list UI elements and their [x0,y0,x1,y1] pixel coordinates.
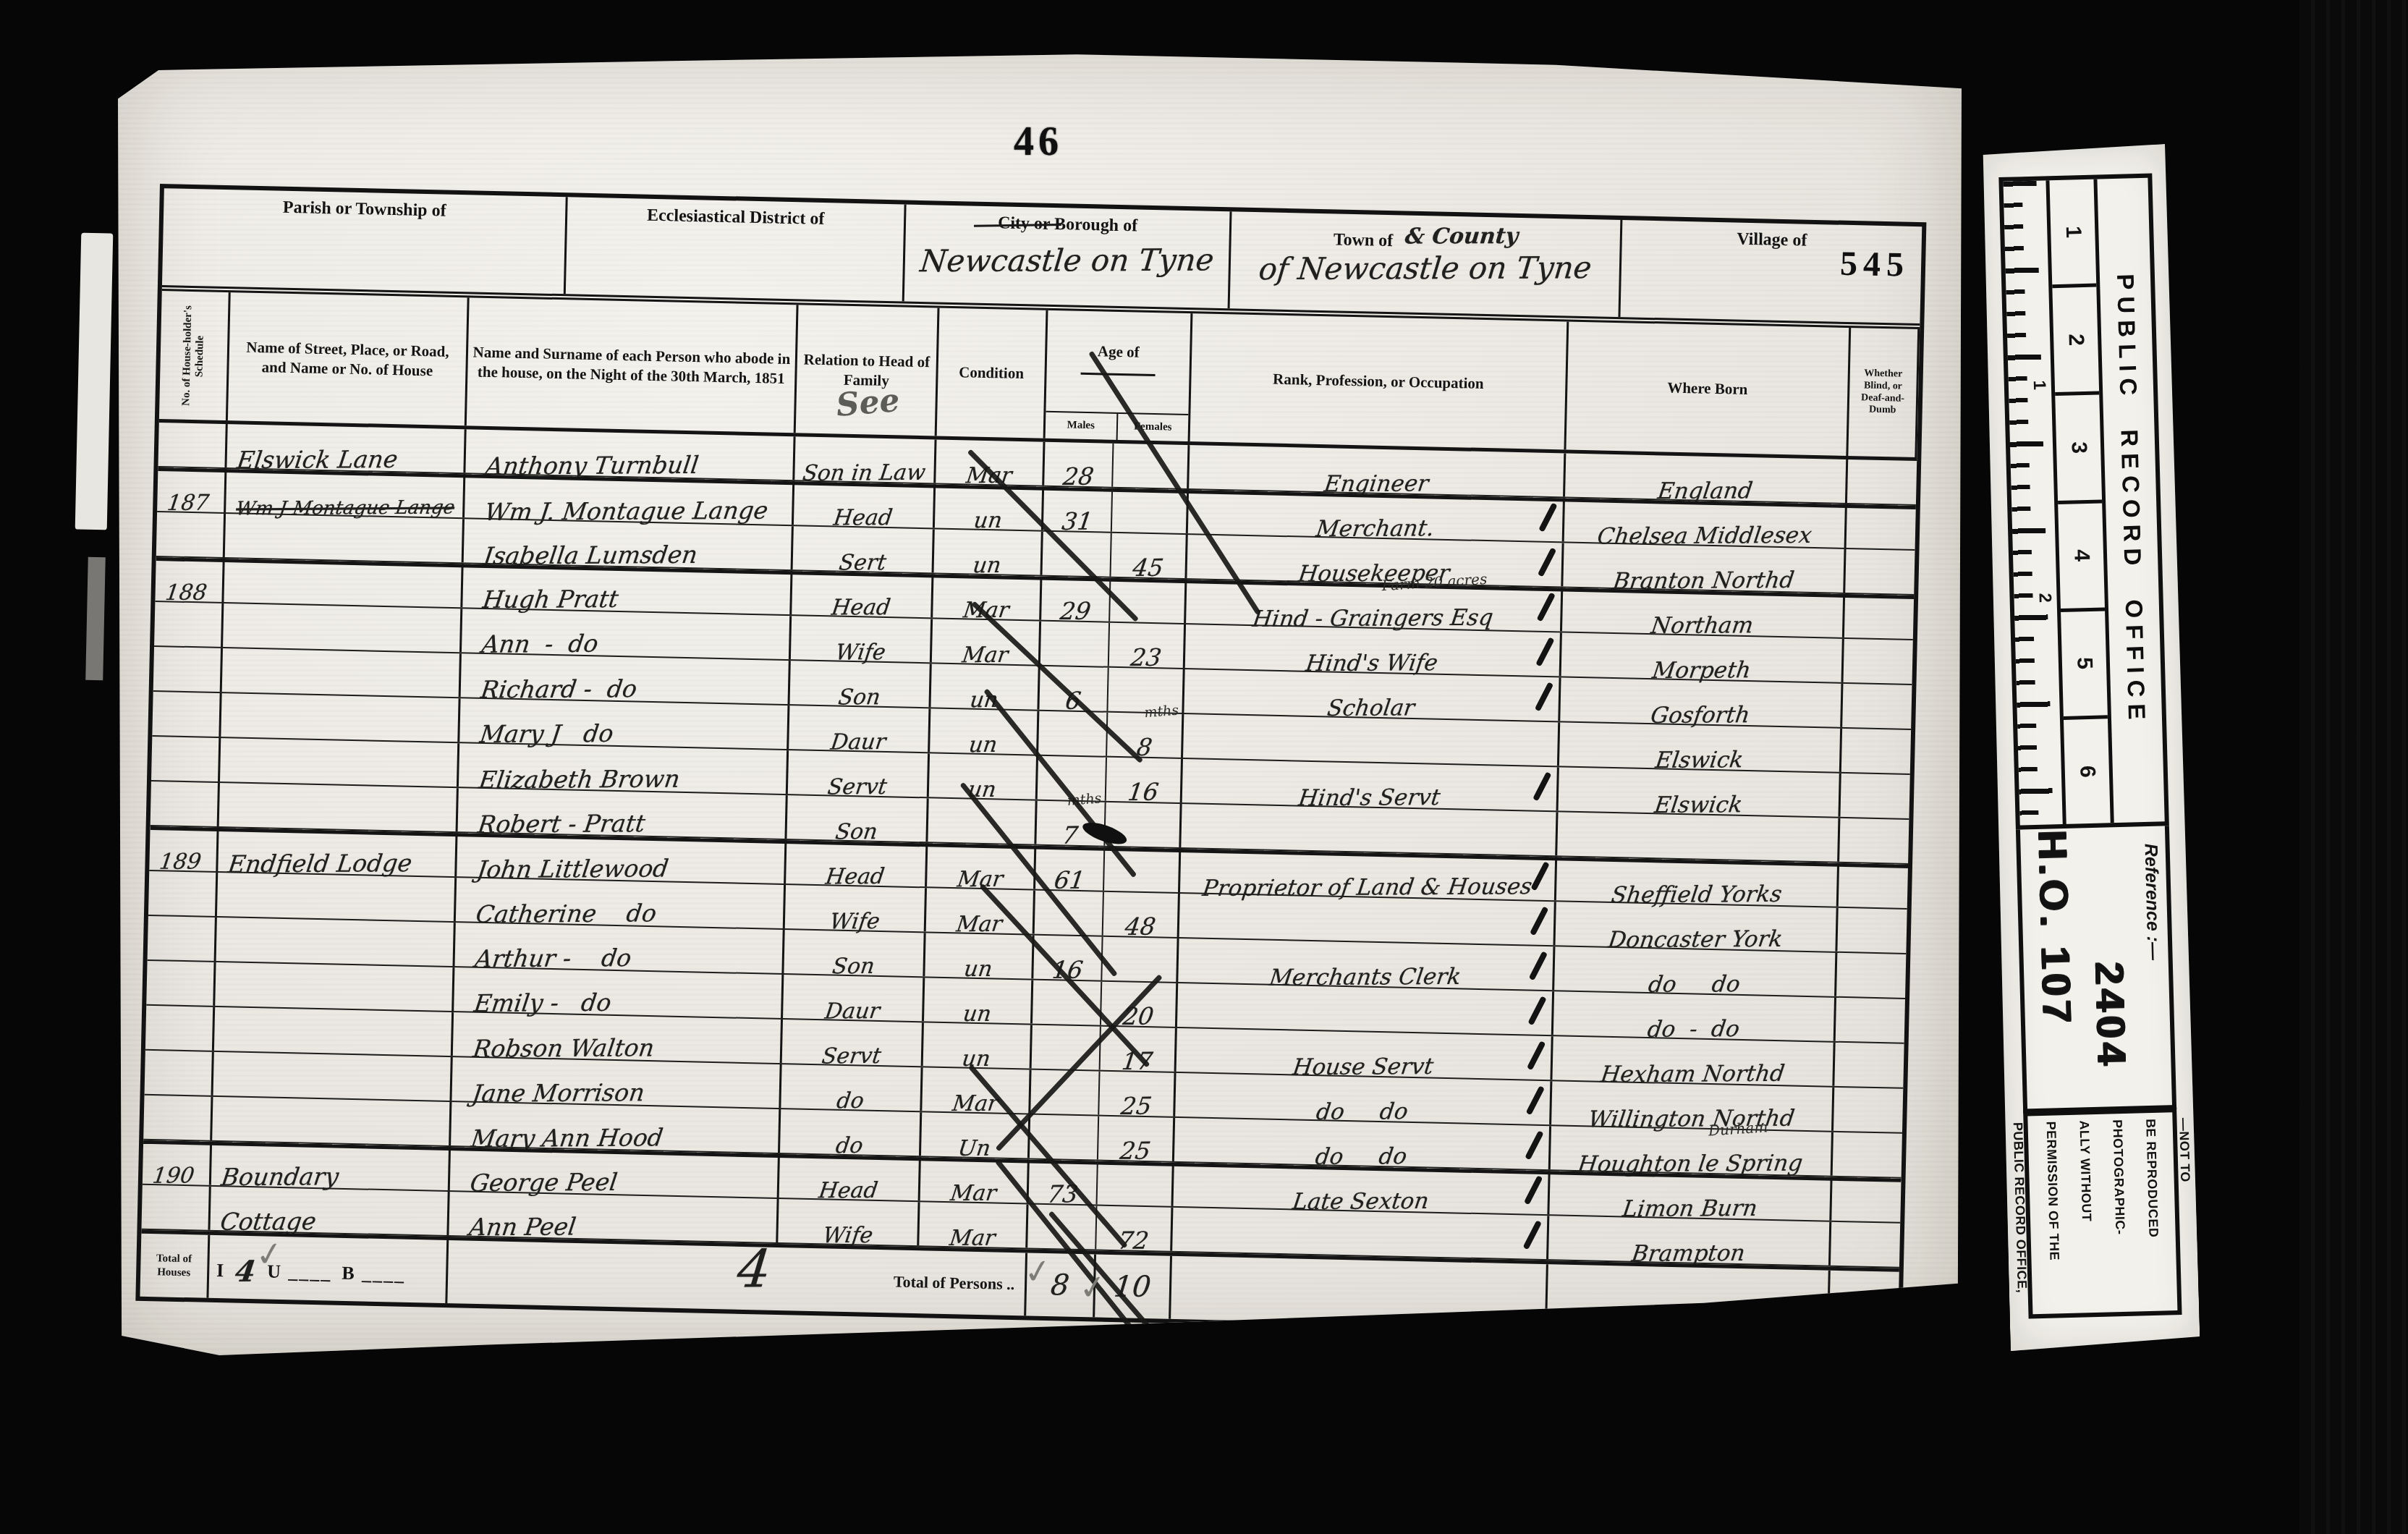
occupation-cell: Merchants Clerk [1178,938,1555,990]
header-district-cell: Ecclesiastical District of [566,197,907,301]
schedule-cell [150,781,220,826]
census-form: Parish or Township of Ecclesiastical Dis… [135,184,1926,1339]
born-cell: Northam [1562,588,1845,637]
age-female-cell: 25 [1098,1116,1175,1161]
occupation-cell: House Servt [1177,1028,1553,1080]
district-label: Ecclesiastical District of [567,197,904,231]
name-cell: John Littlewood [457,833,787,883]
street-cell: Boundary [211,1142,451,1190]
born-cell: Sheffield Yorks [1556,857,1839,906]
infirm-cell [1844,594,1914,639]
born-cell: Hexham Northd [1552,1036,1835,1085]
ruler-number-cell: 3 [2055,395,2102,504]
enumerator-tick [1525,1130,1543,1160]
condition-cell: Mar [932,619,1041,664]
totals-empty-infirm [1829,1271,1899,1335]
schedule-cell: 189 [149,826,219,871]
total-houses-cell: Total of Houses [140,1234,210,1298]
born-cell: England [1565,453,1848,502]
condition-cell: un [925,933,1034,978]
occupation-cell: Housekeeper [1187,535,1564,586]
header-town-county-cell: Town of & County of Newcastle on Tyne [1230,211,1623,317]
copyright-box: COPYRIGHT PHOTOGRAPH—NOT TOBE REPRODUCED… [2023,1108,2182,1318]
adjacent-page-edge-2 [85,557,106,680]
ruler-number: 6 [2074,765,2099,778]
street-cell [219,783,459,831]
occupation-cell: Proprietor of Land & Houses [1180,849,1557,900]
adjacent-page-edge [75,233,114,530]
reference-series-stamp: H.O. 107 [2029,830,2081,1028]
age-female-cell: 20 [1101,982,1178,1027]
col-condition-header: Condition [937,308,1048,438]
building-label: B ____ [342,1263,405,1286]
infirm-cell [1844,639,1913,684]
relation-cell: Servt [782,1020,924,1066]
infirm-cell [1833,1132,1902,1177]
infirm-cell [1833,1088,1903,1132]
condition-cell: un [929,753,1038,799]
copyright-line: ALLY WITHOUT PERMISSION OF THE [2034,1120,2106,1308]
age-male-cell [1030,1115,1099,1160]
page-number: 46 [1014,119,1063,165]
age-male-cell [1040,622,1110,666]
born-cell: Willington Northd [1551,1081,1834,1130]
schedule-cell [146,961,216,1006]
relation-cell: Servt [788,750,930,797]
header-parish-cell: Parish or Township of [162,188,568,294]
name-cell: Mary J do [459,698,789,749]
checkmark: ✓ [253,1233,286,1276]
name-cell: Arthur - do [455,923,785,973]
street-cell [216,918,456,966]
age-male-cell: 31 [1043,487,1113,532]
col-name-header: Name and Surname of each Person who abod… [467,297,799,433]
schedule-cell [153,647,223,692]
age-female-cell: 23 [1109,623,1186,668]
enumerator-tick [1535,682,1553,711]
relation-cell: Head [779,1154,921,1200]
pencil-see-annotation: See [835,382,902,424]
enumerator-tick [1532,771,1551,801]
checkmark: ✓ [1076,1266,1109,1309]
name-cell: Catherine do [456,878,786,928]
houses-tally: I 4 U ____ B ____ [209,1250,446,1289]
schedule-cell [141,1185,211,1230]
relation-cell: Daur [789,705,930,752]
street-cell [215,962,454,1011]
header-city-cell: City or Borough of Newcastle on Tyne [904,205,1232,309]
born-cell: Elswick [1559,767,1841,816]
relation-cell: do [781,1064,923,1111]
enumerator-tick [1537,592,1556,622]
ruler-cm-1: 1 [2029,380,2049,390]
enumerator-tick [1527,1041,1546,1070]
females-subheader: Females [1117,414,1188,441]
relation-cell: Wife [785,885,927,931]
age-female-value: 16 [1126,778,1160,806]
name-cell: Robson Walton [453,1012,783,1063]
enumerator-tick [1524,1175,1543,1205]
born-cell: Doncaster York [1556,902,1839,951]
schedule-cell [145,1051,214,1096]
condition-cell: Mar [936,440,1045,486]
ruler-number: 5 [2072,657,2096,670]
town-value-handwritten: of Newcastle on Tyne [1257,250,1593,287]
street-cell [225,514,465,562]
born-cell: Gosforth [1560,677,1843,726]
infirm-cell [1831,1222,1900,1267]
schedule-cell: 190 [143,1140,212,1185]
col-age-header: Age of Males Females [1046,310,1193,441]
age-female-cell: 48 [1103,892,1180,937]
ruler-number: 3 [2066,441,2090,454]
condition-cell: Mar [927,843,1036,889]
pro-reference-strip: 1 2 123456 PUBLIC RECORD OFFICE Referenc… [1979,144,2200,1351]
occupation-cell [1177,983,1554,1035]
age-male-value: 61 [1052,866,1086,894]
name-cell: Elizabeth Brown [459,743,789,794]
reference-label: Reference :— [2140,843,2164,960]
born-note: Durham [1708,1118,1768,1139]
col-street-header: Name of Street, Place, or Road, and Name… [228,292,470,425]
reference-piece-stamp: 2404 [2086,962,2136,1070]
copyright-line: BE REPRODUCED PHOTOGRAPHIC- [2100,1118,2171,1306]
condition-cell: un [930,664,1040,709]
schedule-cell [152,692,221,737]
inhabited-value-handwritten: 4 [233,1255,259,1289]
schedule-cell [156,512,226,557]
total-persons-cell: 4 Total of Persons .. [447,1240,1027,1315]
enumerator-tick [1530,861,1549,891]
born-cell: Chelsea Middlesex [1564,498,1847,547]
ruler-number-cell: 4 [2058,503,2105,612]
age-female-cell: 45 [1111,533,1187,578]
infirm-cell [1839,863,1908,908]
census-page: 46 Parish or Township of Ecclesiastical … [118,49,1962,1355]
enumerator-tick [1523,1220,1542,1250]
total-persons-label: Total of Persons .. [894,1272,1015,1294]
age-female-value: 45 [1131,554,1165,582]
copyright-line: PUBLIC RECORD OFFICE, LONDON [1967,1122,2039,1310]
enumerator-tick [1527,996,1546,1025]
age-female-value: 25 [1119,1092,1153,1120]
film-edge-texture [2299,0,2408,1534]
age-female-value: 48 [1123,912,1157,941]
relation-cell: Sert [793,526,935,572]
occupation-cell: Engineer [1189,445,1566,496]
totals-empty-born [1547,1264,1831,1333]
ruler-number-cell: 6 [2064,719,2111,824]
name-cell: Hugh Pratt [462,564,792,614]
name-cell: Emily - do [454,967,784,1018]
street-cell [222,648,462,697]
name-cell: Anthony Turnbull [465,429,795,480]
col-infirm-header: Whether Blind, or Deaf-and-Dumb [1848,328,1920,457]
condition-cell: un [930,708,1039,754]
ruler-number-cell: 2 [2052,287,2099,397]
born-cell: Brampton [1548,1216,1831,1265]
infirm-cell [1840,774,1909,818]
relation-cell: Wife [791,616,933,662]
occupation-cell [1181,804,1558,855]
header-village-cell: Village of 545 [1620,220,1922,323]
schedule-cell: 188 [155,557,224,602]
infirm-cell [1841,729,1911,774]
schedule-cell [151,737,221,781]
occupation-cell: do do [1175,1073,1552,1124]
age-male-value: 31 [1060,507,1094,535]
relation-cell: Wife [778,1199,920,1245]
name-cell: Richard - do [461,653,791,704]
schedule-header-text: No. of House-holder's Schedule [180,297,208,414]
relation-cell: Head [792,571,933,617]
street-cell [224,559,463,607]
occupation-cell [1172,1208,1549,1259]
age-female-cell: 16 [1106,758,1183,802]
town-label: Town of [1334,230,1394,250]
strip-inner: 1 2 123456 PUBLIC RECORD OFFICE Referenc… [1998,173,2182,1326]
name-cell: Isabella Lumsden [464,519,794,569]
relation-cell: do [780,1109,922,1156]
ruler-box: 1 2 123456 PUBLIC RECORD OFFICE [1998,173,2169,829]
occupation-cell [1183,714,1560,766]
schedule-cell [158,423,227,467]
schedule-cell [154,602,224,647]
infirm-cell [1834,1043,1904,1088]
ruler-number: 4 [2069,549,2093,562]
enumerator-tick [1535,637,1554,666]
census-rows: Elswick LaneAnthony TurnbullSon in LawMa… [141,423,1917,1268]
schedule-cell [148,916,217,961]
enumerator-tick [1529,951,1548,980]
born-cell: Branton Northd [1563,543,1846,592]
occupation-cell: Late Sexton [1174,1163,1551,1214]
schedule-cell [148,871,218,916]
scanned-census-photo: 46 Parish or Township of Ecclesiastical … [0,0,2408,1534]
age-female-note: mths [1144,702,1179,721]
age-male-value: 28 [1061,462,1095,491]
infirm-cell [1847,459,1917,504]
name-cell: Ann - do [462,609,792,659]
name-cell: Robert - Pratt [458,788,788,839]
enumerator-tick [1538,547,1556,577]
total-houses-label: Total of Houses [140,1252,208,1280]
totals-empty-occupation [1171,1256,1548,1327]
street-cell: Elswick Lane [226,424,466,473]
relation-cell: Son [784,930,925,976]
inhabited-label: I [216,1260,226,1281]
infirm-cell [1847,504,1916,549]
age-female-cell: 17 [1101,1027,1177,1072]
infirm-cell [1831,1177,1901,1222]
schedule-cell [143,1096,213,1140]
name-cell: George Peel [450,1147,780,1198]
age-of-label: Age of [1046,310,1190,393]
born-cell: Limon Burn [1549,1171,1832,1220]
copyright-text: COPYRIGHT PHOTOGRAPH—NOT TOBE REPRODUCED… [1967,1116,2238,1310]
copyright-line: COPYRIGHT PHOTOGRAPH—NOT TO [2166,1116,2238,1305]
public-record-office-text: PUBLIC RECORD OFFICE [2111,274,2150,726]
born-cell: do - do [1553,991,1836,1041]
age-female-value: 23 [1129,643,1163,671]
age-female-cell: 8mths [1107,713,1184,758]
occupation-cell: do do [1174,1118,1551,1169]
enumerator-tick [1530,906,1548,936]
infirm-cell [1842,684,1912,729]
ruler-number: 2 [2064,334,2088,347]
ruler-number-cell: 1 [2049,179,2096,289]
street-cell [220,738,459,787]
age-male-value: 29 [1058,597,1092,625]
age-female-cell [1098,1161,1174,1206]
street-cell [223,603,462,652]
condition-cell: Mar [919,1202,1028,1247]
age-female-value: 25 [1119,1137,1153,1165]
occupation-cell: Hind's Servt [1182,759,1559,810]
age-subheaders: Males Females [1046,411,1189,441]
born-cell [1557,812,1840,861]
infirm-cell [1836,998,1905,1043]
ruler-number-cell: 5 [2061,611,2108,720]
checkmark: ✓ [1021,1250,1054,1293]
males-subheader: Males [1046,412,1118,440]
age-female-cell: 25 [1099,1072,1176,1116]
occupation-cell: Merchant. [1188,490,1565,541]
street-cell [212,1097,451,1145]
relation-cell: Head [794,481,936,527]
occupation-cell: Hind's Wife [1185,624,1562,676]
age-male-cell: 28 [1044,442,1114,487]
condition-cell: un [934,529,1043,575]
persons-hand-mark: 4 [734,1238,773,1299]
name-cell: Mary Ann Hood [451,1102,781,1153]
condition-cell: un [923,1022,1033,1068]
city-value-handwritten: Newcastle on Tyne [918,242,1215,279]
age-female-cell [1112,488,1189,533]
city-label: City or Borough of [906,205,1230,239]
relation-cell: Son in Law [794,436,936,483]
folio-number: 545 [1840,244,1910,285]
enumerator-tick [1538,502,1557,532]
relation-cell: Head [786,840,928,886]
street-cell [214,1007,454,1056]
street-cell: Cottage [210,1187,449,1235]
born-cell: do do [1554,946,1837,996]
ruler-cm-2: 2 [2034,593,2054,603]
schedule-cell: 187 [157,467,226,512]
col-schedule-header: No. of House-holder's Schedule [159,291,231,420]
born-cell: Elswick [1559,722,1842,771]
county-extra-handwritten: & County [1404,224,1519,250]
houses-tally-cell: I 4 U ____ B ____ [208,1235,449,1303]
born-cell: Morpeth [1561,632,1844,682]
infirm-cell [1839,818,1909,863]
name-cell: Ann Peel [449,1192,779,1242]
infirm-cell [1837,908,1907,953]
parish-label: Parish or Township of [164,188,566,224]
name-cell: Wm J. Montague Lange [465,474,794,525]
condition-cell: un [924,978,1033,1023]
reference-box: Reference :— H.O. 107 2404 [2016,826,2176,1113]
street-cell [221,693,460,742]
enumerator-tick [1526,1085,1545,1115]
infirm-cell [1836,953,1906,998]
relation-cell: Son [787,795,928,842]
relation-cell: Daur [783,975,925,1021]
relation-cell: Son [790,661,932,707]
street-cell [213,1052,453,1101]
col-born-header: Where Born [1566,322,1851,456]
schedule-cell [145,1006,215,1051]
infirm-cell [1845,549,1915,594]
col-occupation-header: Rank, Profession, or Occupation [1190,313,1569,449]
age-male-cell: 73 [1029,1160,1098,1205]
street-cell: Endfield Lodge [218,828,457,876]
occupation-cell [1179,894,1556,945]
age-male-value: 7 [1061,821,1080,849]
street-cell [217,873,457,921]
street-cell: Wm J Montague Lange [226,469,465,517]
occupation-cell: Scholar [1184,669,1561,721]
ruler-number: 1 [2061,226,2085,239]
born-cell: Houghton le SpringDurham [1551,1126,1833,1175]
name-cell: Jane Morrison [451,1057,781,1108]
